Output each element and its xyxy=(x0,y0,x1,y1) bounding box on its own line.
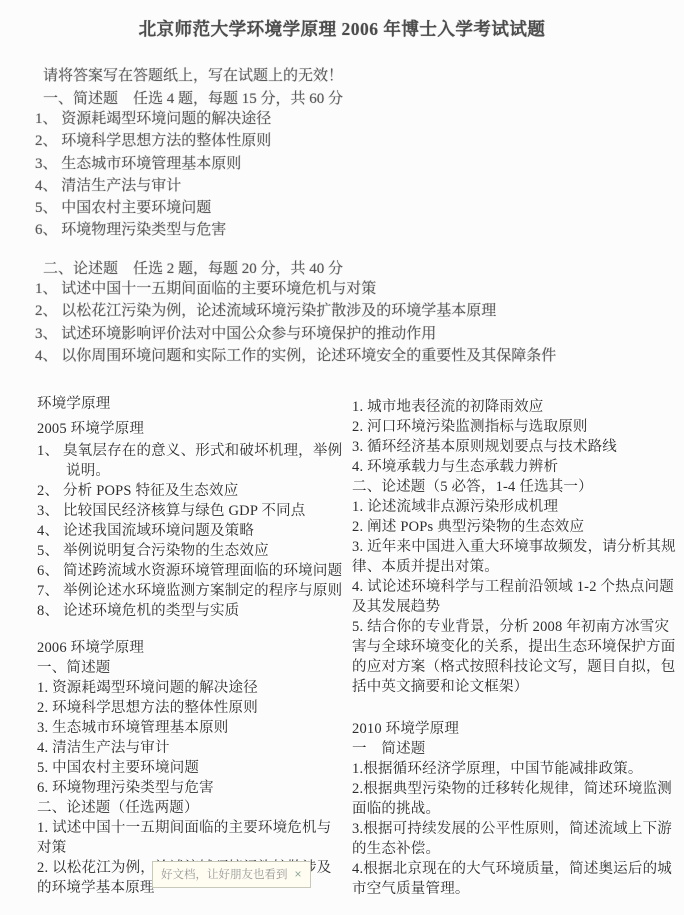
exam-item: 1. 资源耗竭型环境问题的解决途径 xyxy=(37,678,346,698)
exam-item: 5、 举例说明复合污染物的生态效应 xyxy=(37,541,346,561)
exam-item: 6、 简述跨流域水资源环境管理面临的环境问题 xyxy=(37,561,346,581)
exam-item: 2.根据典型污染物的迁移转化规律，简述环境监测面临的挑战。 xyxy=(352,779,680,819)
exam-item: 4、 清洁生产法与审计 xyxy=(35,175,271,197)
exam-item: 4.根据北京现在的大气环境质量，简述奥运后的城市空气质量管理。 xyxy=(352,859,680,899)
left-column: 环境学原理 2005 环境学原理 1、 臭氧层存在的意义、形式和破坏机理，举例说… xyxy=(37,394,346,898)
exam-item: 1、 资源耗竭型环境问题的解决途径 xyxy=(35,108,271,130)
exam-item: 3、 试述环境影响评价法对中国公众参与环境保护的推动作用 xyxy=(35,323,556,345)
exam-item: 2. 河口环境污染监测指标与选取原则 xyxy=(352,417,680,437)
exam-item: 2、 分析 POPS 特征及生态效应 xyxy=(37,481,346,501)
exam-item: 2、 以松花江污染为例，论述流域环境污染扩散涉及的环境学基本原理 xyxy=(35,300,556,322)
exam-item: 4. 清洁生产法与审计 xyxy=(37,738,346,758)
exam-item: 3.根据可持续发展的公平性原则，简述流域上下游的生态补偿。 xyxy=(352,819,680,859)
exam-2006-part1-heading: 一、简述题 xyxy=(37,658,346,678)
share-tooltip-text: 好文档，让好朋友也看到 xyxy=(161,869,288,881)
exam-2006-part2-heading: 二、论述题（任选两题） xyxy=(37,798,346,818)
exam-item: 1. 城市地表径流的初降雨效应 xyxy=(352,397,680,417)
exam-item: 4. 环境承载力与生态承载力辨析 xyxy=(352,457,680,477)
exam-item: 2、 环境科学思想方法的整体性原则 xyxy=(35,130,271,152)
exam-item: 3、 生态城市环境管理基本原则 xyxy=(35,153,271,175)
short-answer-list: 1、 资源耗竭型环境问题的解决途径 2、 环境科学思想方法的整体性原则 3、 生… xyxy=(35,108,271,242)
exam-document-page: 北京师范大学环境学原理 2006 年博士入学考试试题 请将答案写在答题纸上，写在… xyxy=(0,0,684,915)
right-essay-heading: 二、论述题（5 必答，1-4 任选其一） xyxy=(352,477,680,497)
exam-item: 1. 试述中国十一五期间面临的主要环境危机与对策 xyxy=(37,818,346,858)
exam-item: 3、 比较国民经济核算与绿色 GDP 不同点 xyxy=(37,501,346,521)
exam-2005-heading: 2005 环境学原理 xyxy=(37,419,346,439)
exam-item: 5、 中国农村主要环境问题 xyxy=(35,197,271,219)
exam-item: 6. 环境物理污染类型与危害 xyxy=(37,778,346,798)
exam-item: 2. 环境科学思想方法的整体性原则 xyxy=(37,698,346,718)
exam-item: 4、 以你周围环境问题和实际工作的实例，论述环境安全的重要性及其保障条件 xyxy=(35,345,556,367)
page-title: 北京师范大学环境学原理 2006 年博士入学考试试题 xyxy=(0,16,684,41)
exam-item: 6、 环境物理污染类型与危害 xyxy=(35,219,271,241)
right-column: 1. 城市地表径流的初降雨效应 2. 河口环境污染监测指标与选取原则 3. 循环… xyxy=(352,397,680,899)
exam-item: 1.根据循环经济学原理，中国节能减排政策。 xyxy=(352,759,680,779)
close-icon[interactable]: × xyxy=(295,867,302,881)
share-tooltip: 好文档，让好朋友也看到× xyxy=(152,861,311,888)
section-spacer xyxy=(352,697,680,719)
section-spacer xyxy=(37,621,346,638)
exam-item: 5. 中国农村主要环境问题 xyxy=(37,758,346,778)
essay-heading: 二、论述题 任选 2 题，每题 20 分，共 40 分 xyxy=(43,257,343,278)
exam-item: 3. 循环经济基本原则规划要点与技术路线 xyxy=(352,437,680,457)
short-answer-heading: 一、简述题 任选 4 题，每题 15 分，共 60 分 xyxy=(43,87,343,108)
exam-item: 3. 生态城市环境管理基本原则 xyxy=(37,718,346,738)
answer-notice: 请将答案写在答题纸上，写在试题上的无效！ xyxy=(43,64,343,85)
exam-item: 1. 论述流域非点源污染形成机理 xyxy=(352,497,680,517)
exam-item: 3. 近年来中国进入重大环境事故频发，请分析其规律、本质并提出对策。 xyxy=(352,537,680,577)
exam-item: 5. 结合你的专业背景，分析 2008 年初南方冰雪灾害与全球环境变化的关系，提… xyxy=(352,617,680,697)
exam-2010-heading: 2010 环境学原理 xyxy=(352,719,680,739)
exam-item: 4. 试论述环境科学与工程前沿领域 1-2 个热点问题及其发展趋势 xyxy=(352,577,680,617)
exam-2006-heading: 2006 环境学原理 xyxy=(37,638,346,658)
exam-item: 7、 举例论述水环境监测方案制定的程序与原则 xyxy=(37,581,346,601)
exam-item: 2. 阐述 POPs 典型污染物的生态效应 xyxy=(352,517,680,537)
exam-item: 1、 臭氧层存在的意义、形式和破坏机理，举例说明。 xyxy=(37,441,346,481)
essay-list: 1、 试述中国十一五期间面临的主要环境危机与对策 2、 以松花江污染为例，论述流… xyxy=(35,278,556,367)
doc-title: 环境学原理 xyxy=(37,394,346,414)
exam-item: 8、 论述环境危机的类型与实质 xyxy=(37,601,346,621)
exam-item: 1、 试述中国十一五期间面临的主要环境危机与对策 xyxy=(35,278,556,300)
exam-item: 4、 论述我国流域环境问题及策略 xyxy=(37,521,346,541)
exam-2010-part1-heading: 一 简述题 xyxy=(352,739,680,759)
